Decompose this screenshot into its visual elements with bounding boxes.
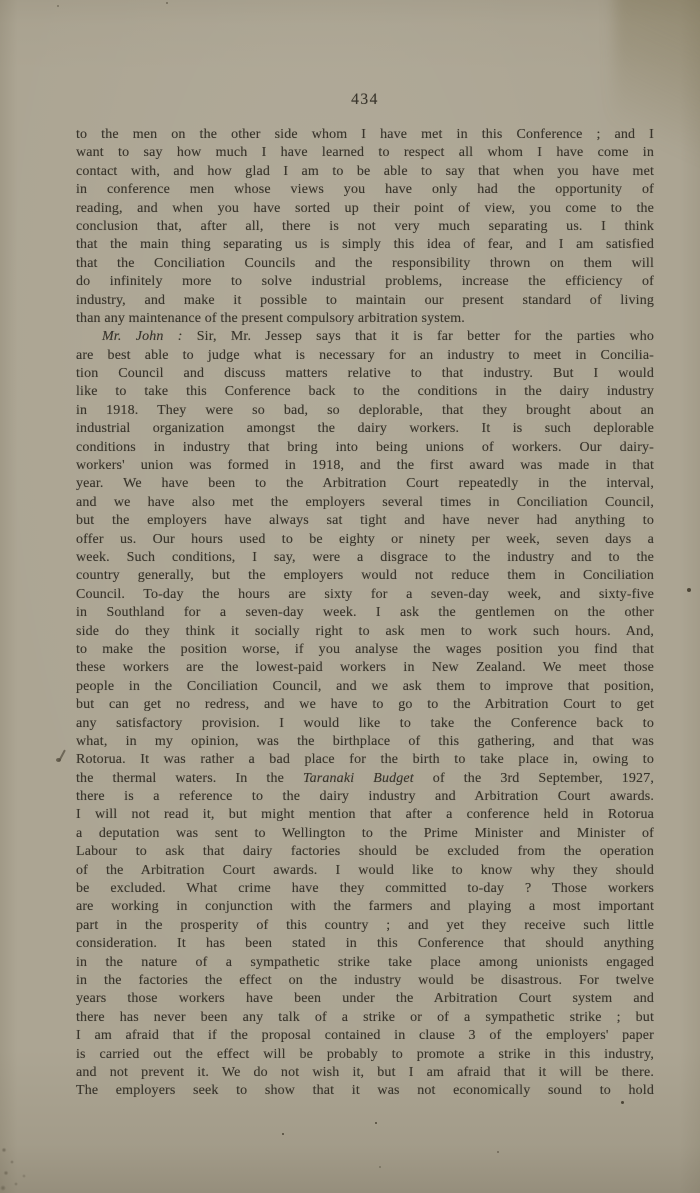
scan-speck [497,1151,499,1153]
scan-speck [375,1122,377,1124]
text-line: are best able to judge what is necessary… [76,347,654,365]
text-line: side do they think it socially right to … [76,623,654,641]
text-line: Mr. John : Sir, Mr. Jessep says that it … [76,328,654,346]
text-line: in the nature of a sympathetic strike ta… [76,954,654,972]
text-line: industry, and make it possible to mainta… [76,292,654,310]
text-line: these workers are the lowest-paid worker… [76,659,654,677]
text-line: to the men on the other side whom I have… [76,126,654,144]
pen-stroke [58,749,65,761]
scan-grain-bottom-left [0,1140,46,1193]
text-line: workers' union was formed in 1918, and t… [76,457,654,475]
text-line: year. We have been to the Arbitration Co… [76,475,654,493]
text-line: a deputation was sent to Wellington to t… [76,825,654,843]
text-line: and we have also met the employers sever… [76,494,654,512]
text-line: any satisfactory provision. I would like… [76,715,654,733]
text-line: of the Arbitration Court awards. I would… [76,862,654,880]
text-line: conclusion that, after all, there is not… [76,218,654,236]
text-line: contact with, and how glad I am to be ab… [76,163,654,181]
text-line: Labour to ask that dairy factories shoul… [76,843,654,861]
scan-speck [621,1101,624,1104]
text-line: The employers seek to show that it was n… [76,1082,654,1100]
text-line: conditions in industry that bring into b… [76,439,654,457]
text-line: industrial organization amongst the dair… [76,420,654,438]
text-line: I am afraid that if the proposal contain… [76,1027,654,1045]
text-line: country generally, but the employers wou… [76,567,654,585]
text-line: in conference men whose views you have o… [76,181,654,199]
text-line: are working in conjunction with the farm… [76,898,654,916]
text-line: there has never been any talk of a strik… [76,1009,654,1027]
text-line: in 1918. They were so bad, so deplorable… [76,402,654,420]
text-line: offer us. Our hours used to be eighty or… [76,531,654,549]
scan-speck [687,588,691,592]
text-line: than any maintenance of the present comp… [76,310,654,328]
text-line: but can get no redress, and we have to g… [76,696,654,714]
text-line: that the Conciliation Councils and the r… [76,255,654,273]
text-line: but the employers have always sat tight … [76,512,654,530]
text-line: Rotorua. It was rather a bad place for t… [76,751,654,769]
text-line: reading, and when you have sorted up the… [76,200,654,218]
scan-speck [57,5,59,7]
margin-pen-mark [56,748,68,764]
page-number: 434 [76,91,654,109]
scan-speck [166,2,168,4]
text-line: that the main thing separating us is sim… [76,236,654,254]
text-line: to make the position worse, if you analy… [76,641,654,659]
text-line: consideration. It has been stated in thi… [76,935,654,953]
text-line: and not prevent it. We do not wish it, b… [76,1064,654,1082]
text-line: tion Council and discuss matters relativ… [76,365,654,383]
text-line: be excluded. What crime have they commit… [76,880,654,898]
text-line: like to take this Conference back to the… [76,383,654,401]
text-line: do infinitely more to solve industrial p… [76,273,654,291]
text-line: in Southland for a seven-day week. I ask… [76,604,654,622]
scan-speck [282,1133,284,1135]
text-line: years those workers have been under the … [76,990,654,1008]
text-line: what, in my opinion, was the birthplace … [76,733,654,751]
scan-speck [379,1166,381,1168]
text-line: is carried out the effect will be probab… [76,1046,654,1064]
text-line: in the factories the effect on the indus… [76,972,654,990]
text-line: the thermal waters. In the Taranaki Budg… [76,770,654,788]
text-line: I will not read it, but might mention th… [76,806,654,824]
text-block: to the men on the other side whom I have… [76,126,654,1101]
text-line: people in the Conciliation Council, and … [76,678,654,696]
text-line: Council. To-day the hours are sixty for … [76,586,654,604]
text-line: want to say how much I have learned to r… [76,144,654,162]
text-line: there is a reference to the dairy indust… [76,788,654,806]
scanned-book-page: 434 to the men on the other side whom I … [0,0,700,1193]
text-line: part in the prosperity of this country ;… [76,917,654,935]
pen-blob [56,758,61,762]
text-line: week. Such conditions, I say, were a dis… [76,549,654,567]
